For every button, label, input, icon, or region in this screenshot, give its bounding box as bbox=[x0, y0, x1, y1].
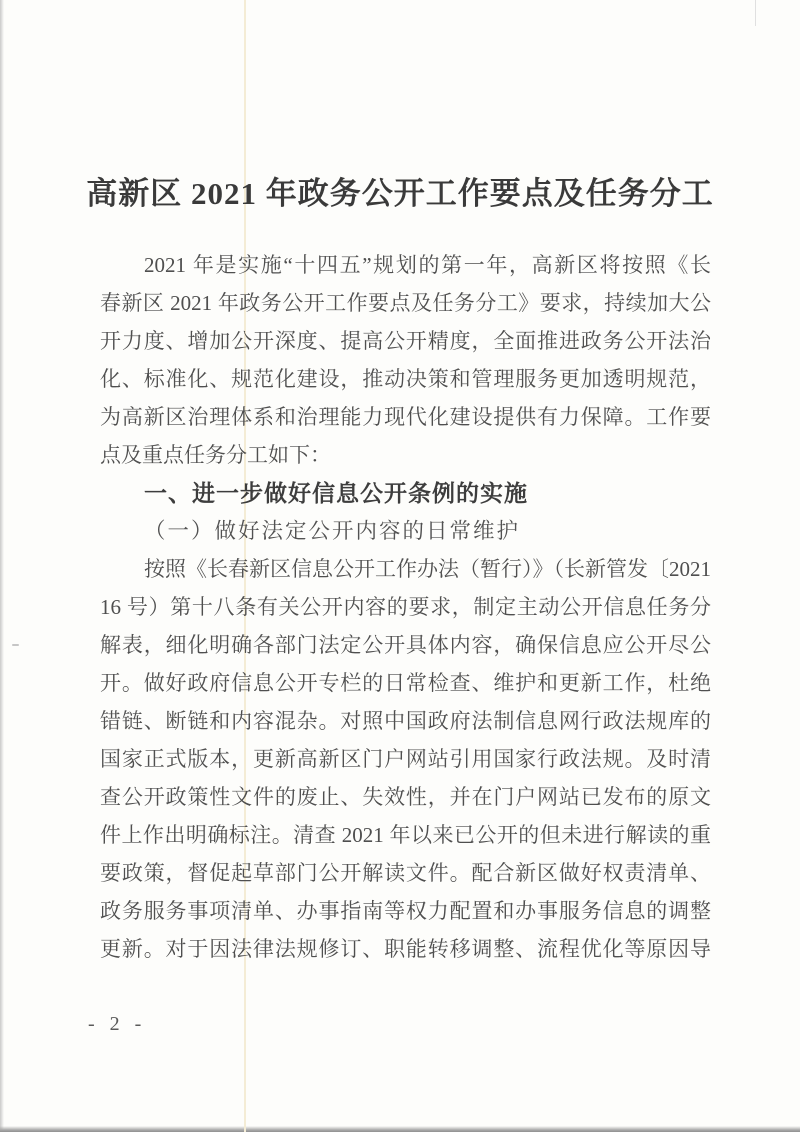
page-edge-shadow-bottom bbox=[0, 1126, 800, 1132]
document-title: 高新区 2021 年政务公开工作要点及任务分工 bbox=[60, 168, 740, 213]
page-edge-mark-right-top bbox=[755, 0, 756, 26]
scanned-document-page: 高新区 2021 年政务公开工作要点及任务分工 2021 年是实施“十四五”规划… bbox=[0, 0, 800, 1132]
text-line: 更新。对于因法律法规修订、职能转移调整、流程优化等原因导 bbox=[100, 930, 711, 968]
text-line: 按照《长春新区信息公开工作办法（暂行）》（长新管发〔2021〕 bbox=[100, 550, 711, 588]
text-line: 错链、断链和内容混杂。对照中国政府法制信息网行政法规库的 bbox=[100, 702, 711, 740]
page-edge-shadow-left bbox=[0, 0, 4, 1132]
text-line: 为高新区治理体系和治理能力现代化建设提供有力保障。工作要 bbox=[100, 398, 711, 436]
document-body: 2021 年是实施“十四五”规划的第一年，高新区将按照《长春新区 2021 年政… bbox=[100, 246, 711, 968]
section-heading: 一、进一步做好信息公开条例的实施 bbox=[100, 474, 711, 512]
text-line: 查公开政策性文件的废止、失效性，并在门户网站已发布的原文 bbox=[100, 778, 711, 816]
text-line: 政务服务事项清单、办事指南等权力配置和办事服务信息的调整 bbox=[100, 892, 711, 930]
text-line: 开。做好政府信息公开专栏的日常检查、维护和更新工作，杜绝 bbox=[100, 664, 711, 702]
text-line: 点及重点任务分工如下： bbox=[100, 436, 711, 474]
scan-speck bbox=[12, 644, 19, 646]
text-line: 国家正式版本，更新高新区门户网站引用国家行政法规。及时清 bbox=[100, 740, 711, 778]
text-line: 16 号）第十八条有关公开内容的要求，制定主动公开信息任务分 bbox=[100, 588, 711, 626]
page-number: - 2 - bbox=[88, 1013, 146, 1036]
text-line: 化、标准化、规范化建设，推动决策和管理服务更加透明规范， bbox=[100, 360, 711, 398]
text-line: 春新区 2021 年政务公开工作要点及任务分工》要求，持续加大公 bbox=[100, 284, 711, 322]
text-line: 件上作出明确标注。清查 2021 年以来已公开的但未进行解读的重 bbox=[100, 816, 711, 854]
text-line: 开力度、增加公开深度、提高公开精度，全面推进政务公开法治 bbox=[100, 322, 711, 360]
text-line: 要政策，督促起草部门公开解读文件。配合新区做好权责清单、 bbox=[100, 854, 711, 892]
section-heading: （一）做好法定公开内容的日常维护 bbox=[100, 512, 711, 550]
text-line: 2021 年是实施“十四五”规划的第一年，高新区将按照《长 bbox=[100, 246, 711, 284]
text-line: 解表，细化明确各部门法定公开具体内容，确保信息应公开尽公 bbox=[100, 626, 711, 664]
